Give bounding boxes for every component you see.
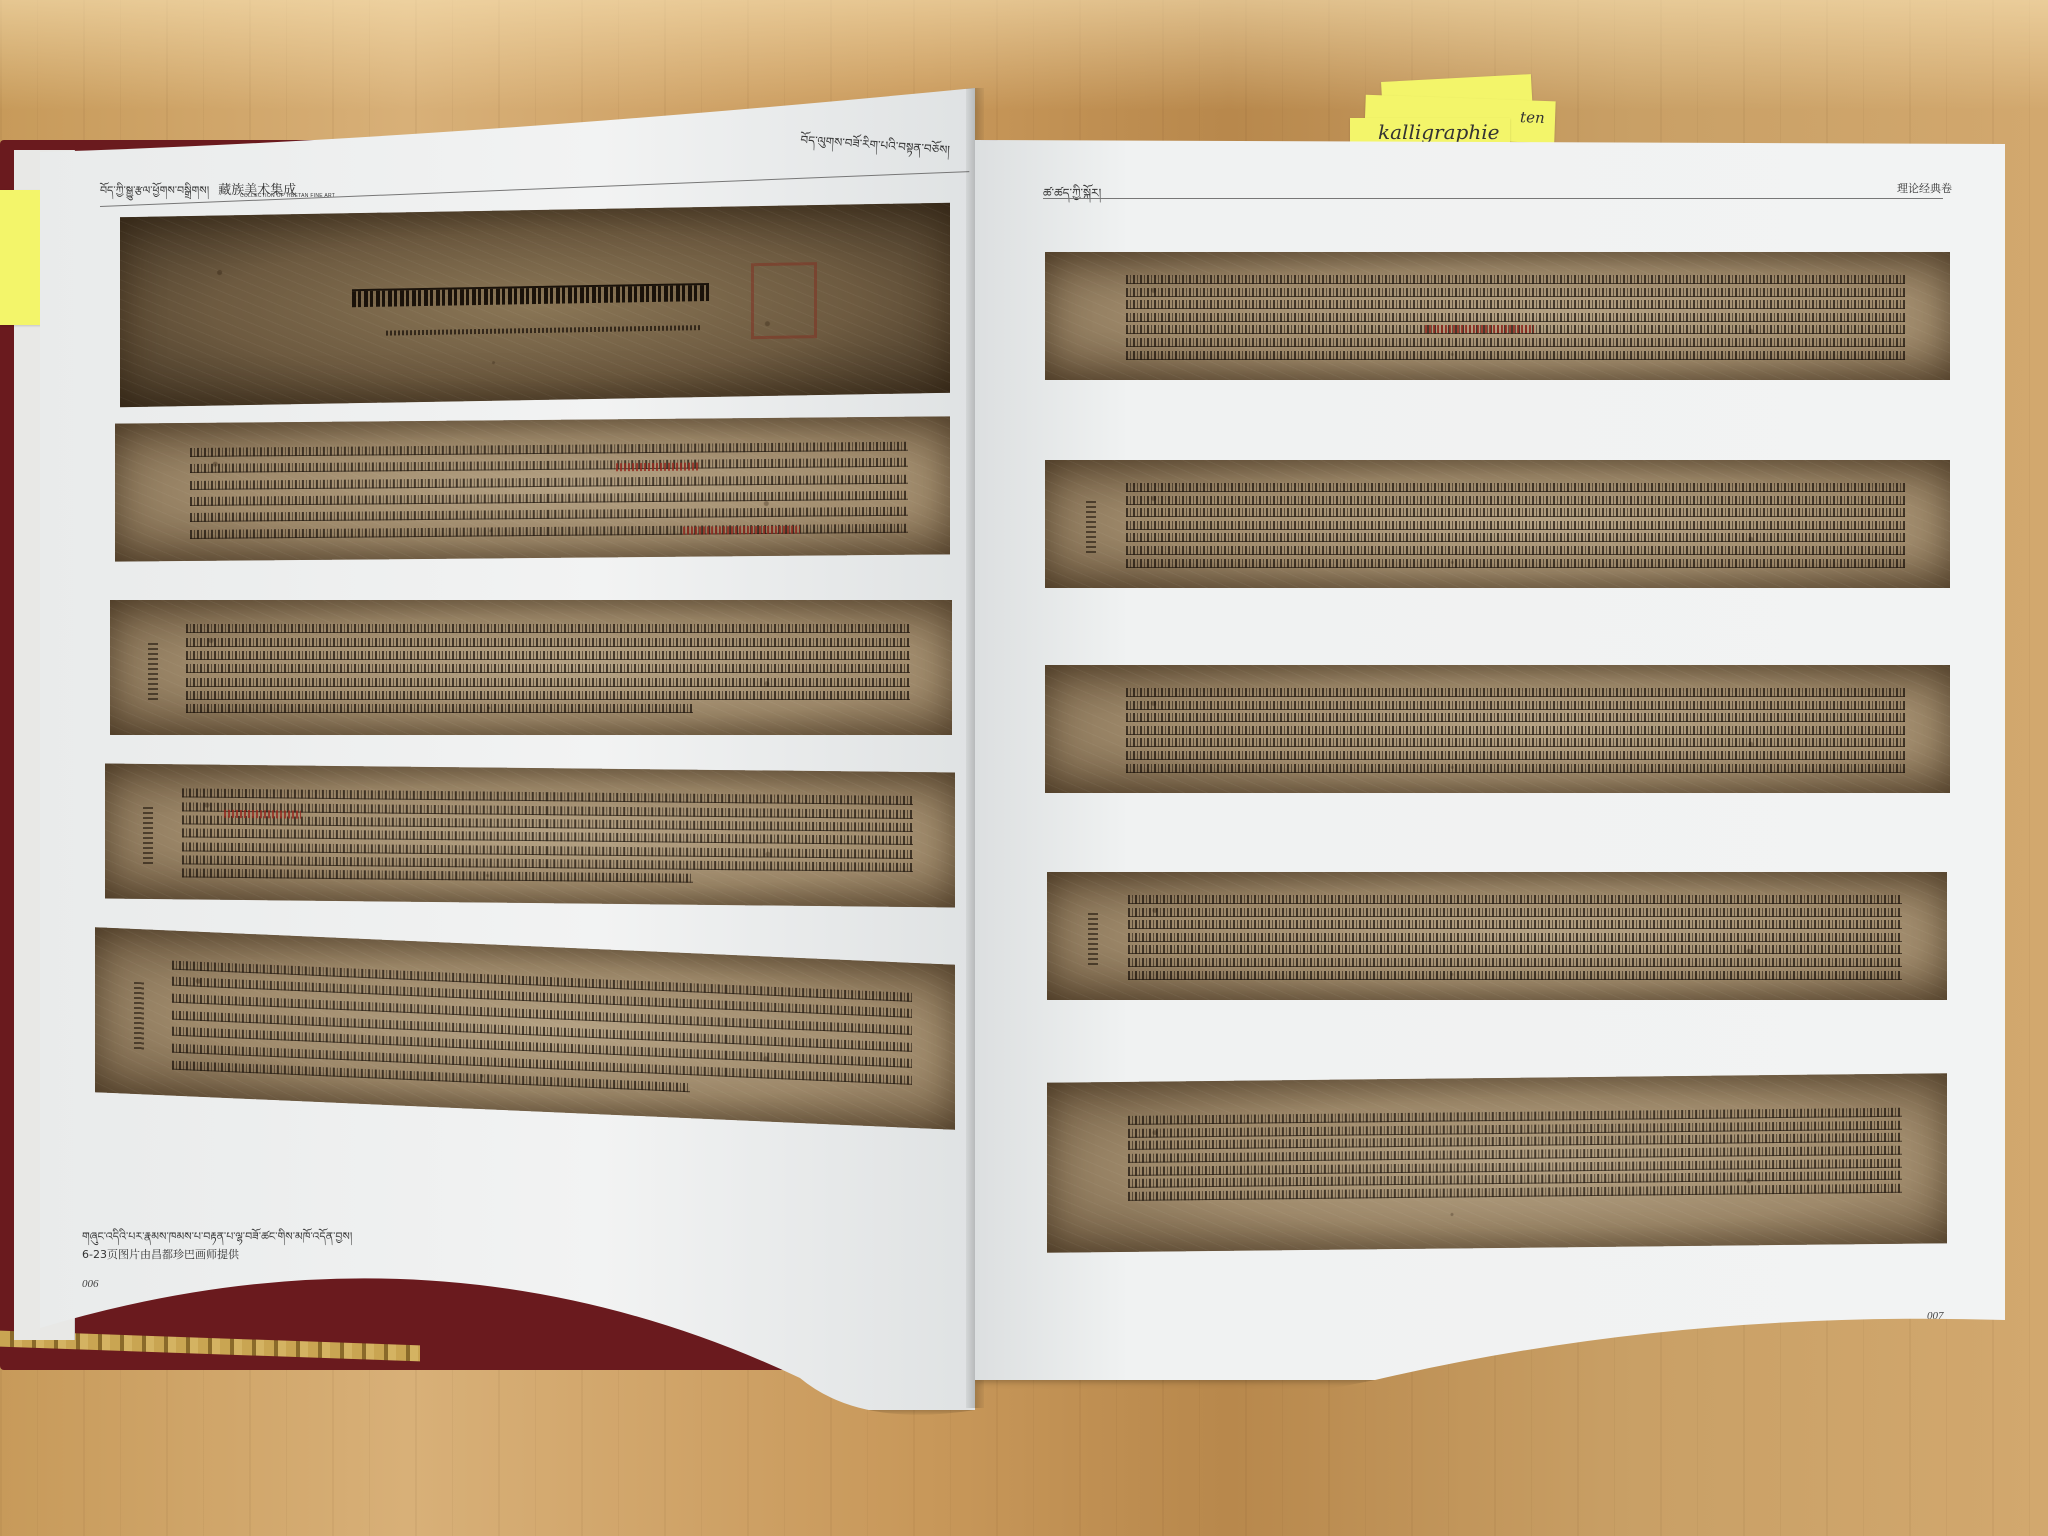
manuscript-panel-folio-9: [1047, 872, 1947, 1000]
manuscript-panel-folio-4: [105, 764, 955, 908]
script-text-block: [190, 442, 908, 539]
sunlight-glare: [0, 0, 2048, 110]
script-text-block: [1126, 483, 1904, 568]
red-seal-stamp: [751, 262, 817, 339]
manuscript-panel-folio-5: [95, 927, 955, 1130]
photo-credit-chinese: 6-23页图片由昌都珍巴画师提供: [82, 1246, 239, 1262]
margin-folio-note: [148, 643, 158, 700]
script-text-block: [1128, 1108, 1902, 1201]
right-header-rule: [1043, 198, 1943, 199]
manuscript-panel-folio-2: [115, 416, 950, 561]
manuscript-panel-folio-3: [110, 600, 952, 735]
script-text-block: [186, 624, 910, 713]
script-text-block: [1128, 895, 1902, 980]
margin-folio-note: [134, 982, 144, 1052]
left-page: བོད་ཀྱི་སྒྱུ་རྩལ་ཕྱོགས་བསྒྲིགས། 藏族美术集成 C…: [40, 88, 975, 1410]
script-text-block: [182, 789, 913, 886]
script-text-block: [1126, 275, 1904, 360]
red-ink-passage: [616, 463, 700, 472]
margin-folio-note: [143, 807, 153, 864]
page-number-left: 006: [82, 1278, 99, 1290]
volume-title-chinese: 理论经典卷: [1897, 180, 1952, 196]
manuscript-panel-folio-7: [1045, 460, 1950, 588]
manuscript-panel-folio-8: [1045, 665, 1950, 793]
margin-folio-note: [1088, 913, 1098, 967]
manuscript-panel-folio-10: [1047, 1073, 1947, 1252]
chapter-title-tibetan: ཚ་ཚད་ཀྱི་སྐོར།: [1043, 180, 1101, 214]
section-title-tibetan: བོད་ལུགས་བཟོ་རིག་པའི་བསྟན་བཅོས།: [799, 127, 951, 171]
sticky-note-bottom-text: kalligraphie: [1378, 120, 1499, 144]
red-ink-passage: [683, 525, 800, 534]
script-text-block: [1126, 688, 1904, 773]
red-ink-passage: [224, 809, 301, 818]
right-page: ཚ་ཚད་ཀྱི་སྐོར། 理论经典卷: [975, 140, 2005, 1380]
manuscript-panel-folio-6: [1045, 252, 1950, 380]
margin-folio-note: [1086, 501, 1096, 555]
manuscript-panel-title-folio: [120, 203, 950, 407]
sticky-note-middle-text: ten: [1520, 108, 1545, 127]
red-ink-passage: [1425, 325, 1534, 333]
series-title-tibetan: བོད་ཀྱི་སྒྱུ་རྩལ་ཕྱོགས་བསྒྲིགས།: [100, 185, 209, 197]
